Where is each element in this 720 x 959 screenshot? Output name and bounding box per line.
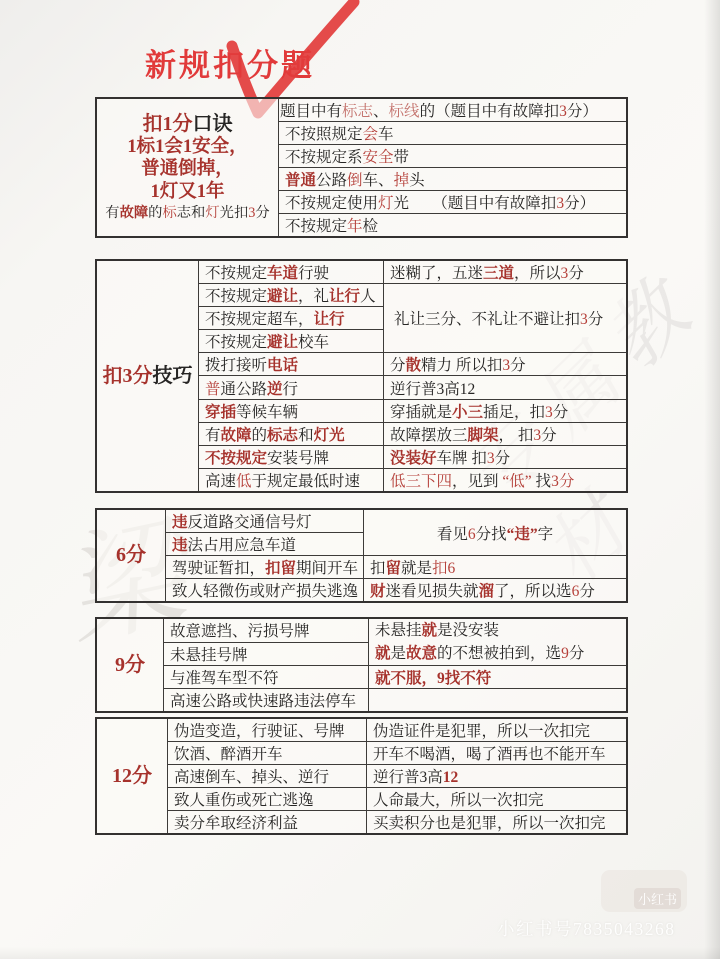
table-cell: 不按规定避让校车 [199,330,384,353]
table-deduct-6-points: 6分违反道路交通信号灯看见6分找“违”字违法占用应急车道驾驶证暂扣，扣留期间开车… [95,508,628,602]
table-cell: 开车不喝酒，喝了酒再也不能开车 [367,742,628,765]
table-cell: 致人轻微伤或财产损失逃逸 [166,579,364,603]
table-cell: 伪造证件是犯罪，所以一次扣完 [367,718,628,742]
table-cell: 违法占用应急车道 [166,533,364,556]
table-cell: 致人重伤或死亡逃逸 [168,788,367,811]
table-cell: 高速公路或快速路违法停车 [164,689,369,713]
table-row: 驾驶证暂扣，扣留期间开车扣留就是扣6 [96,556,627,579]
table-cell: 饮酒、醉酒开车 [168,742,367,765]
table-cell: 拨打接听电话 [199,353,384,376]
page-title: 新规扣分题 [145,40,315,85]
table-cell: 未悬挂号牌 [164,642,369,666]
table-cell: 故障摆放三脚架， 扣3分 [384,422,628,445]
table-cell: 普通公路倒车、掉头 [279,168,628,191]
table-cell: 高速低于规定最低时速 [199,468,384,492]
watermark-account-id: 小红书号7835043268 [497,916,676,941]
table-cell: 逆行普3高12 [384,376,628,399]
table-cell: 礼让三分、不礼让不避让扣3分 [384,284,628,353]
table-cell: 不按规定使用灯光 （题目中有故障扣3分） [279,191,628,214]
photo-edge-shadow-bottom [0,947,720,959]
table-cell: 普通公路逆行 [199,376,384,399]
table-row: 12分伪造变造，行驶证、号牌伪造证件是犯罪，所以一次扣完 [96,718,627,742]
table-row: 高速公路或快速路违法停车 [96,689,627,713]
table-cell: 没装好车牌 扣3分 [384,445,628,468]
table-row: 高速倒车、掉头、逆行逆行普3高12 [96,765,627,788]
table-cell: 不按规定超车，让行 [199,307,384,330]
table-deduct-3-points: 扣3分技巧不按规定车道行驶迷糊了，五迷三道，所以3分不按规定避让，礼让行人礼让三… [95,259,628,493]
table-cell: 不按规定年检 [279,214,628,238]
table-cell: 卖分牟取经济利益 [168,811,367,835]
deduct-12-points-label: 12分 [96,718,168,834]
table-cell: 不按规定安装号牌 [199,445,384,468]
table-cell [369,689,628,713]
table-cell: 穿插等候车辆 [199,399,384,422]
table-deduct-12-points: 12分伪造变造，行驶证、号牌伪造证件是犯罪，所以一次扣完饮酒、醉酒开车开车不喝酒… [95,717,628,833]
table-row: 扣3分技巧不按规定车道行驶迷糊了，五迷三道，所以3分 [96,260,627,284]
table-row: 9分故意遮挡、污损号牌 未悬挂就是没安装就是故意的不想被拍到，选9分 [96,618,627,642]
table-row: 饮酒、醉酒开车开车不喝酒，喝了酒再也不能开车 [96,742,627,765]
table-cell: 高速倒车、掉头、逆行 [168,765,367,788]
table-cell: 不按规定系安全带 [279,145,628,168]
table-cell: 违反道路交通信号灯 [166,509,364,533]
deduct-3-points-label: 扣3分技巧 [96,260,199,492]
table-cell: 买卖积分也是犯罪，所以一次扣完 [367,811,628,835]
deduct-9-points-label: 9分 [96,618,164,712]
study-sheet-page: 新规扣分题 梁 专属教材 扣1分口诀1标1会1安全，普通倒掉，1灯又1年有故障的… [0,0,720,959]
table-cell: 题目中有标志、标线的（题目中有故障扣3分） [279,98,628,122]
deduct-6-points-label: 6分 [96,509,166,602]
table-cell: 有故障的标志和灯光 [199,422,384,445]
table-cell: 不按照规定会车 [279,122,628,145]
table-row: 致人轻微伤或财产损失逃逸财迷看见损失就溜了，所以选6分 [96,579,627,603]
table-cell: 与准驾车型不符 [164,666,369,689]
table-cell: 人命最大，所以一次扣完 [367,788,628,811]
table-row: 致人重伤或死亡逃逸人命最大，所以一次扣完 [96,788,627,811]
xiaohongshu-logo: 小红书 [601,870,687,912]
table-cell: 驾驶证暂扣，扣留期间开车 [166,556,364,579]
table-cell: 伪造变造，行驶证、号牌 [168,718,367,742]
table-cell: 看见6分找“违”字 [364,509,628,556]
table-cell: 扣留就是扣6 [364,556,628,579]
table-row: 与准驾车型不符就不服，9找不符 [96,666,627,689]
table-cell: 不按规定避让，礼让行人 [199,284,384,307]
table-cell: 迷糊了，五迷三道，所以3分 [384,260,628,284]
table-cell: 逆行普3高12 [367,765,628,788]
table-row: 6分违反道路交通信号灯看见6分找“违”字 [96,509,627,533]
photo-edge-shadow-right [704,0,720,959]
table-cell: 就不服，9找不符 [369,666,628,689]
table-row: 卖分牟取经济利益买卖积分也是犯罪，所以一次扣完 [96,811,627,835]
table-cell: 未悬挂就是没安装就是故意的不想被拍到，选9分 [369,618,628,666]
table-deduct-9-points: 9分故意遮挡、污损号牌 未悬挂就是没安装就是故意的不想被拍到，选9分未悬挂号牌与… [95,617,628,710]
table-deduct-1-point: 扣1分口诀1标1会1安全，普通倒掉，1灯又1年有故障的标志和灯光扣3分题目中有标… [95,97,628,233]
table-cell: 低三下四，见到 “低” 找3分 [384,468,628,492]
table-cell: 分散精力 所以扣3分 [384,353,628,376]
table-cell: 穿插就是小三插足，扣3分 [384,399,628,422]
table-row: 扣1分口诀1标1会1安全，普通倒掉，1灯又1年有故障的标志和灯光扣3分题目中有标… [96,98,627,122]
deduct-1-point-label: 扣1分口诀1标1会1安全，普通倒掉，1灯又1年有故障的标志和灯光扣3分 [96,98,279,237]
table-cell: 不按规定车道行驶 [199,260,384,284]
table-cell: 财迷看见损失就溜了，所以选6分 [364,579,628,603]
table-cell: 故意遮挡、污损号牌 [164,618,369,642]
xiaohongshu-logo-label: 小红书 [634,888,681,909]
